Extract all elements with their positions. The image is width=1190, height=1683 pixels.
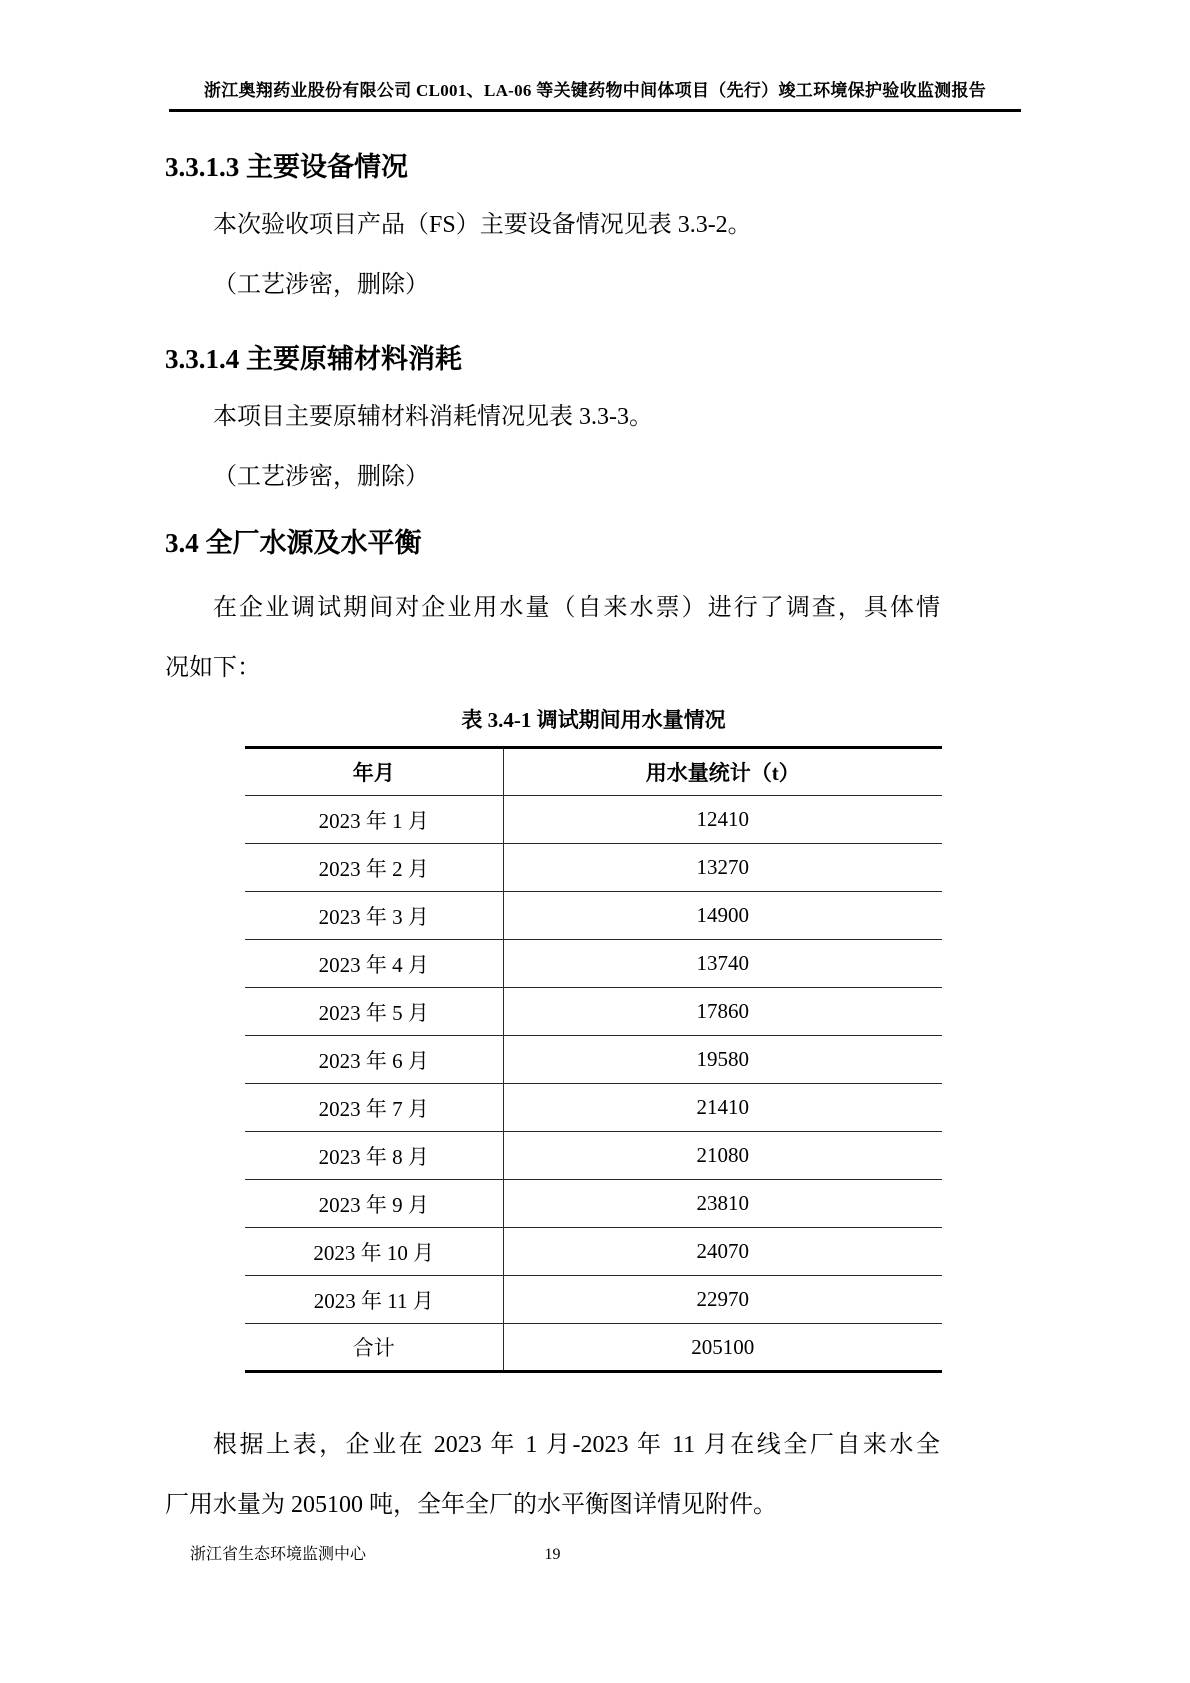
usage-cell: 205100	[503, 1324, 942, 1372]
usage-cell: 13740	[503, 940, 942, 988]
paragraph-line: 根据上表，企业在 2023 年 1 月-2023 年 11 月在线全厂自来水全	[165, 1415, 940, 1475]
paragraph-confidential-note-1: （工艺涉密，删除）	[165, 270, 940, 300]
month-cell: 2023 年 7 月	[245, 1084, 503, 1132]
month-cell: 2023 年 6 月	[245, 1036, 503, 1084]
month-cell: 2023 年 8 月	[245, 1132, 503, 1180]
month-cell: 2023 年 11 月	[245, 1276, 503, 1324]
table-row: 2023 年 5 月17860	[245, 988, 942, 1036]
table-row: 2023 年 10 月24070	[245, 1228, 942, 1276]
table-row: 2023 年 7 月21410	[245, 1084, 942, 1132]
page-footer: 浙江省生态环境监测中心 19	[165, 1545, 940, 1565]
section-heading-3-4: 3.4 全厂水源及水平衡	[165, 526, 940, 560]
month-cell: 2023 年 2 月	[245, 844, 503, 892]
usage-cell: 22970	[503, 1276, 942, 1324]
document-page: { "colors": { "text": "#000000", "backgr…	[0, 0, 1190, 1683]
running-header-title: 浙江奥翔药业股份有限公司 CL001、LA-06 等关键药物中间体项目（先行）竣…	[0, 80, 1190, 102]
table-row: 2023 年 2 月13270	[245, 844, 942, 892]
usage-cell: 24070	[503, 1228, 942, 1276]
usage-cell: 19580	[503, 1036, 942, 1084]
table-header-row: 年月 用水量统计（t）	[245, 748, 942, 796]
water-usage-table: 年月 用水量统计（t） 2023 年 1 月124102023 年 2 月132…	[245, 746, 942, 1373]
paragraph-materials-overview: 本项目主要原辅材料消耗情况见表 3.3-3。	[165, 402, 940, 432]
table-row: 2023 年 4 月13740	[245, 940, 942, 988]
table-row: 2023 年 8 月21080	[245, 1132, 942, 1180]
usage-cell: 23810	[503, 1180, 942, 1228]
footer-organization: 浙江省生态环境监测中心	[190, 1546, 366, 1563]
usage-cell: 14900	[503, 892, 942, 940]
paragraph-line: 在企业调试期间对企业用水量（自来水票）进行了调查，具体情	[165, 578, 940, 638]
table-row: 2023 年 9 月23810	[245, 1180, 942, 1228]
usage-cell: 17860	[503, 988, 942, 1036]
paragraph-line: 厂用水量为 205100 吨，全年全厂的水平衡图详情见附件。	[165, 1475, 940, 1535]
closing-paragraph: 根据上表，企业在 2023 年 1 月-2023 年 11 月在线全厂自来水全 …	[165, 1415, 940, 1535]
table-row: 合计205100	[245, 1324, 942, 1372]
column-header-month: 年月	[245, 748, 503, 796]
paragraph-water-survey: 在企业调试期间对企业用水量（自来水票）进行了调查，具体情 况如下：	[165, 578, 940, 698]
page-header: 浙江奥翔药业股份有限公司 CL001、LA-06 等关键药物中间体项目（先行）竣…	[0, 0, 1190, 112]
table-row: 2023 年 11 月22970	[245, 1276, 942, 1324]
month-cell: 2023 年 5 月	[245, 988, 503, 1036]
footer-page-number: 19	[545, 1545, 561, 1565]
usage-cell: 13270	[503, 844, 942, 892]
usage-cell: 21410	[503, 1084, 942, 1132]
month-cell: 2023 年 4 月	[245, 940, 503, 988]
table-row: 2023 年 6 月19580	[245, 1036, 942, 1084]
water-usage-table-body: 2023 年 1 月124102023 年 2 月132702023 年 3 月…	[245, 796, 942, 1372]
paragraph-line: 况如下：	[165, 638, 940, 698]
month-cell: 合计	[245, 1324, 503, 1372]
paragraph-equipment-overview: 本次验收项目产品（FS）主要设备情况见表 3.3-2。	[165, 210, 940, 240]
month-cell: 2023 年 1 月	[245, 796, 503, 844]
table-row: 2023 年 1 月12410	[245, 796, 942, 844]
paragraph-confidential-note-2: （工艺涉密，删除）	[165, 462, 940, 492]
table-row: 2023 年 3 月14900	[245, 892, 942, 940]
column-header-usage: 用水量统计（t）	[503, 748, 942, 796]
header-divider-rule	[169, 109, 1021, 112]
document-body: 3.3.1.3 主要设备情况 本次验收项目产品（FS）主要设备情况见表 3.3-…	[165, 150, 940, 1565]
usage-cell: 21080	[503, 1132, 942, 1180]
table-caption: 表 3.4-1 调试期间用水量情况	[245, 706, 942, 734]
section-heading-3-3-1-4: 3.3.1.4 主要原辅材料消耗	[165, 342, 940, 376]
month-cell: 2023 年 10 月	[245, 1228, 503, 1276]
month-cell: 2023 年 3 月	[245, 892, 503, 940]
section-heading-3-3-1-3: 3.3.1.3 主要设备情况	[165, 150, 940, 184]
usage-cell: 12410	[503, 796, 942, 844]
month-cell: 2023 年 9 月	[245, 1180, 503, 1228]
